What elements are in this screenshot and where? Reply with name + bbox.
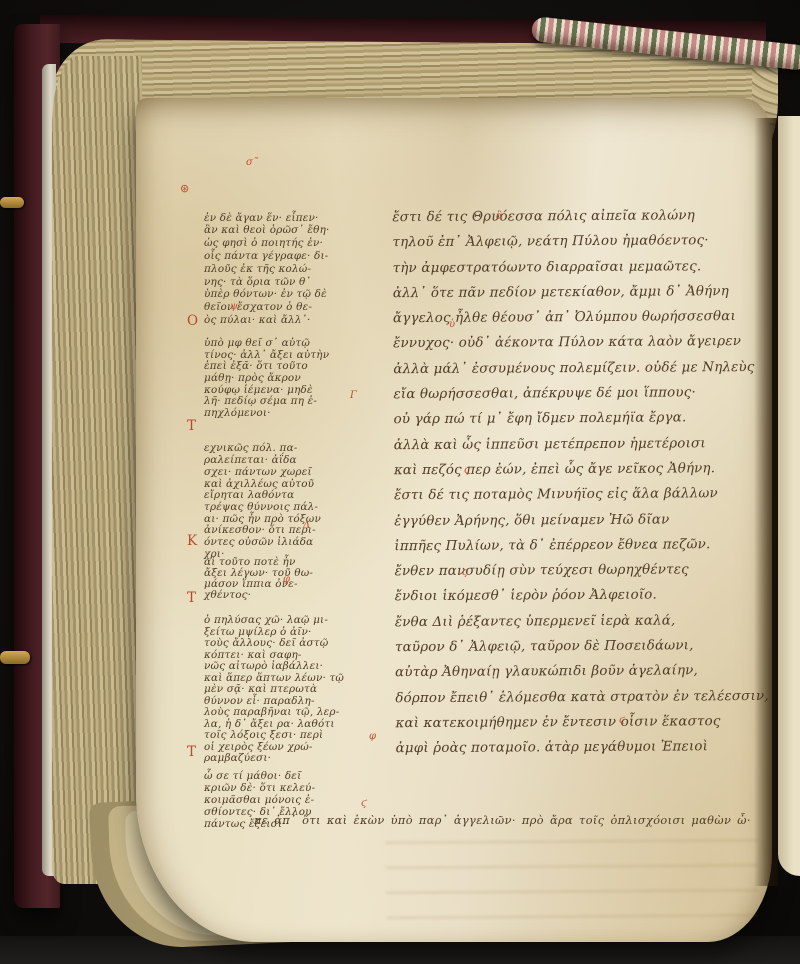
- rubric-ref-mark: ὑ: [449, 320, 455, 330]
- rubric-ref-mark: ψ: [230, 302, 238, 312]
- bottom-scholion-line: πε ἀπ᾽ ὅτι καὶ ἑκὼν ὑπὸ παρ᾽ ἀγγελιῶν· π…: [254, 814, 794, 828]
- rubric-initial: Ο: [187, 315, 198, 328]
- scholia-block-4: Κ αὶ τοῦτο ποτὲ ἦν ἄξει λέγων· τοῦ θω- μ…: [204, 535, 396, 600]
- rubric-initial: Τ: [187, 592, 196, 605]
- rubric-ref-mark: ϛ: [462, 568, 468, 578]
- scholia-block-5: Τ ὁ πηλύσας χῶ· λαῷ μι- ξείτω μψίλερ ὁ ἀ…: [204, 592, 396, 765]
- rubric-ref-mark: ϛ: [361, 799, 367, 809]
- clasp-pin-top: [0, 197, 24, 208]
- ink-show-through: [386, 839, 759, 938]
- manuscript-page: ⊛ ἐν δὲ ἄγαν ἕν· εἶπεν· ἃν καὶ θεοὶ ὁρῶσ…: [136, 98, 772, 942]
- main-text-column: ἔστι δέ τις Θρυόεσσα πόλις αἰπεῖα κολώνη…: [392, 203, 787, 762]
- clasp-pin-bottom: [0, 651, 30, 664]
- rubric-initial: Κ: [187, 535, 197, 548]
- facing-page-sliver: [778, 116, 800, 876]
- rubric-ref-mark: ϛ: [619, 716, 625, 726]
- rubric-ref-mark: Γ: [350, 391, 357, 401]
- rubric-initial: Τ: [187, 746, 196, 759]
- rubric-ref-mark: σ῀: [246, 158, 258, 168]
- rubric-initial: Τ: [187, 420, 196, 433]
- scholia-block-2: Ο ὑπὸ μφ θεῖ σ᾽ αὐτῷ τίνος· ἀλλ᾽ ἄξει αὐ…: [204, 315, 396, 419]
- rubric-ref-mark: Δ: [303, 521, 310, 531]
- rubric-siglum-icon: ⊛: [180, 183, 189, 194]
- page-stack-fore-edges: [52, 56, 142, 884]
- rubric-ref-mark: ϛ: [464, 466, 470, 476]
- gutter-shadow: [754, 118, 778, 886]
- rubric-ref-mark: φ: [369, 732, 376, 742]
- rubric-ref-mark: φ: [283, 575, 290, 585]
- rubric-ref-mark: ἃ: [496, 212, 503, 222]
- photo-background: ⊛ ἐν δὲ ἄγαν ἕν· εἶπεν· ἃν καὶ θεοὶ ὁρῶσ…: [0, 0, 800, 964]
